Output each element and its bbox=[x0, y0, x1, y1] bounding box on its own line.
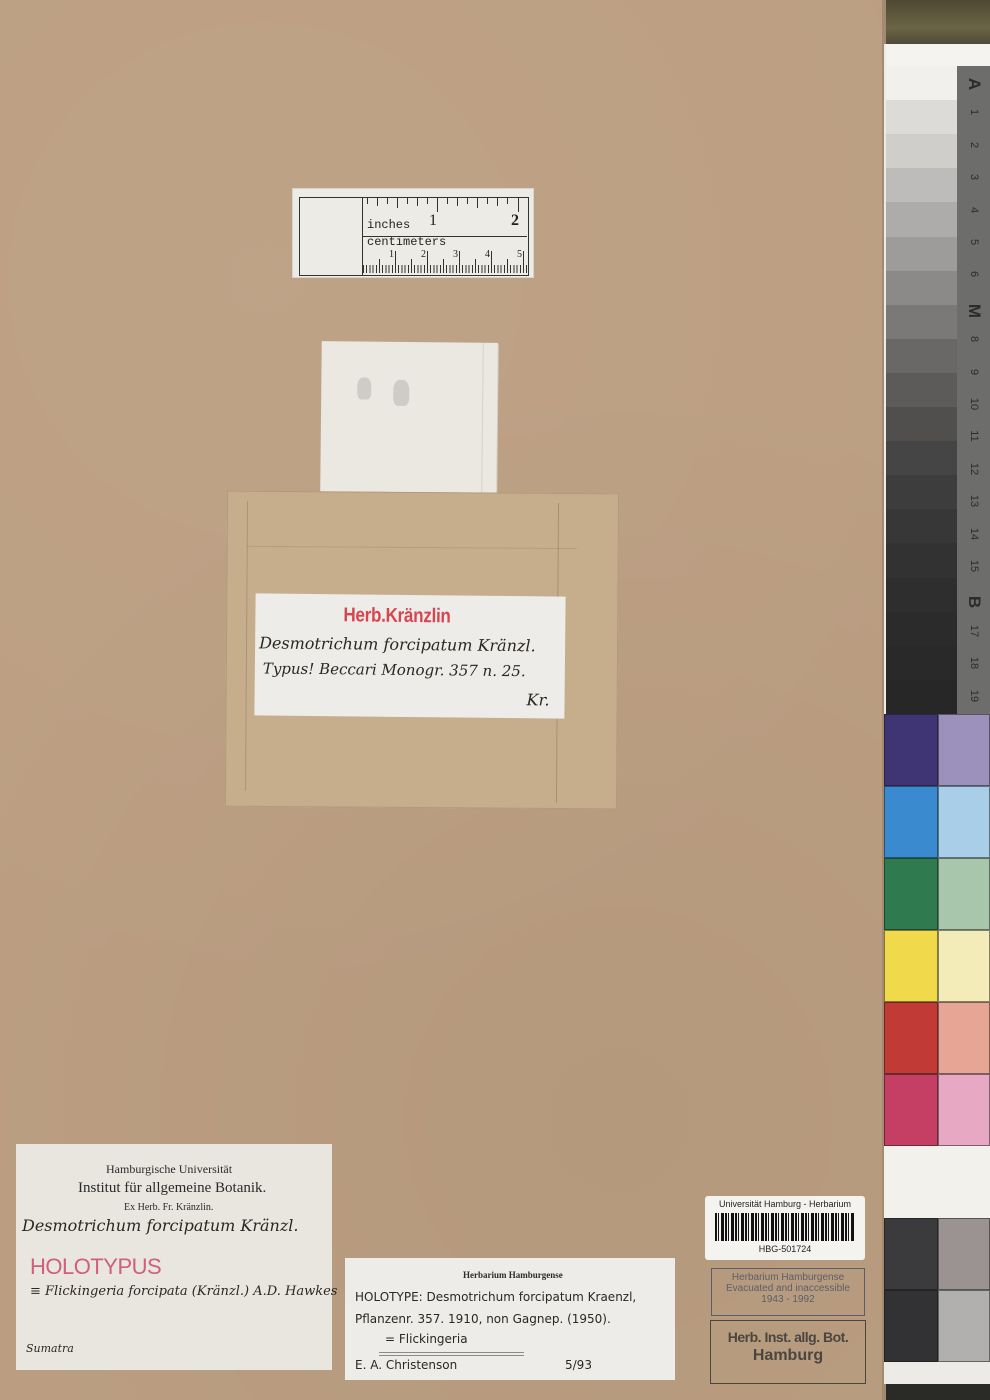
gray-patch bbox=[886, 237, 958, 272]
scale-label: 10 bbox=[968, 395, 980, 413]
herb-kranzlin-stamp: Herb.Kränzlin bbox=[343, 604, 450, 628]
scale-label: 15 bbox=[968, 557, 980, 575]
color-patch bbox=[938, 1218, 990, 1290]
reference-handwriting: Typus! Beccari Monogr. 357 n. 25. bbox=[263, 659, 526, 680]
scale-label: 11 bbox=[968, 427, 980, 445]
stamp-line: Herb. Inst. allg. Bot. bbox=[711, 1329, 865, 1345]
specimen-fragment bbox=[357, 377, 371, 399]
color-patch bbox=[884, 1290, 938, 1362]
stamp-line: Herbarium Hamburgense bbox=[712, 1272, 864, 1283]
color-patch bbox=[884, 1146, 938, 1218]
scale-ruler: inches 1 2 centimeters 1 2 3 4 5 bbox=[293, 189, 533, 277]
gray-patch bbox=[886, 680, 958, 715]
gray-patch bbox=[886, 578, 958, 613]
specimen-packet bbox=[320, 341, 498, 493]
holotypus-stamp: HOLOTYPUS bbox=[30, 1254, 161, 1280]
scale-label: 6 bbox=[968, 265, 980, 283]
color-patch bbox=[938, 714, 990, 786]
scale-label: 19 bbox=[968, 687, 980, 705]
gray-patch bbox=[886, 475, 958, 510]
ex-herb-line: Ex Herb. Fr. Kränzlin. bbox=[124, 1202, 213, 1213]
stamp-line: Hamburg bbox=[711, 1347, 865, 1365]
scale-label: B bbox=[964, 593, 984, 611]
ruler-inches: inches 1 2 bbox=[363, 198, 527, 237]
scale-label: 12 bbox=[968, 460, 980, 478]
gray-patch bbox=[886, 612, 958, 647]
gray-patch bbox=[886, 543, 958, 578]
gray-patch bbox=[886, 373, 958, 408]
scale-label: M bbox=[964, 302, 984, 320]
holotype-line: HOLOTYPE: Desmotrichum forcipatum Kraenz… bbox=[355, 1290, 636, 1304]
scale-label: A bbox=[964, 75, 984, 93]
locality-handwriting: Sumatra bbox=[26, 1342, 74, 1355]
color-patch bbox=[938, 1002, 990, 1074]
color-checker: A123456M89101112131415B171819 bbox=[884, 44, 990, 1384]
university-name: Hamburgische Universität bbox=[106, 1162, 232, 1177]
scale-label: 1 bbox=[968, 103, 980, 121]
determination-date: 5/93 bbox=[565, 1358, 592, 1372]
stamp-line: 1943 - 1992 bbox=[712, 1294, 864, 1305]
scale-label: 17 bbox=[968, 622, 980, 640]
gray-patch bbox=[886, 168, 958, 203]
inch-number: 1 bbox=[429, 212, 437, 230]
color-patch bbox=[938, 1074, 990, 1146]
gray-patch bbox=[886, 646, 958, 681]
cm-number: 3 bbox=[453, 249, 458, 260]
gray-patch bbox=[886, 271, 958, 306]
barcode-header: Universität Hamburg - Herbarium bbox=[705, 1199, 865, 1209]
gray-patch bbox=[886, 202, 958, 237]
cm-number: 1 bbox=[389, 249, 394, 260]
color-patch bbox=[938, 786, 990, 858]
color-patch bbox=[884, 1074, 938, 1146]
determiner-name: E. A. Christenson bbox=[355, 1358, 457, 1372]
gray-patch bbox=[886, 66, 958, 101]
color-patch bbox=[938, 1290, 990, 1362]
original-label: Herb.Kränzlin Desmotrichum forcipatum Kr… bbox=[254, 593, 565, 718]
color-patch bbox=[884, 858, 938, 930]
gray-patch bbox=[886, 339, 958, 374]
scale-label: 14 bbox=[968, 525, 980, 543]
reference-line: Pflanzenr. 357. 1910, non Gagnep. (1950)… bbox=[355, 1312, 611, 1326]
scale-label: 8 bbox=[968, 330, 980, 348]
scale-label: 9 bbox=[968, 363, 980, 381]
color-patch bbox=[884, 930, 938, 1002]
barcode bbox=[715, 1213, 855, 1241]
label-header: Herbarium Hamburgense bbox=[463, 1270, 563, 1280]
inch-number: 2 bbox=[511, 212, 519, 230]
barcode-label: Universität Hamburg - Herbarium HBG-5017… bbox=[705, 1196, 865, 1260]
color-patch bbox=[938, 1146, 990, 1218]
ruler-blank-area bbox=[300, 198, 363, 275]
color-patch bbox=[938, 930, 990, 1002]
institute-name: Institut für allgemeine Botanik. bbox=[78, 1180, 266, 1197]
cm-number: 4 bbox=[485, 249, 490, 260]
gray-patch bbox=[886, 407, 958, 442]
cm-number: 2 bbox=[421, 249, 426, 260]
evacuation-stamp: Herbarium Hamburgense Evacuated and inac… bbox=[711, 1268, 865, 1316]
barcode-number: HBG-501724 bbox=[705, 1244, 865, 1254]
taxon-handwriting: Desmotrichum forcipatum Kränzl. bbox=[259, 633, 536, 655]
institute-label: Hamburgische Universität Institut für al… bbox=[16, 1144, 332, 1370]
synonym-line: = Flickingeria bbox=[385, 1332, 468, 1346]
specimen-fragment bbox=[393, 380, 409, 406]
color-patch bbox=[884, 1218, 938, 1290]
ruler-centimeters: centimeters 1 2 3 4 5 bbox=[363, 237, 527, 275]
institute-stamp: Herb. Inst. allg. Bot. Hamburg bbox=[710, 1320, 866, 1384]
gray-patch bbox=[886, 441, 958, 476]
cm-number: 5 bbox=[517, 249, 522, 260]
scale-labels: A123456M89101112131415B171819 bbox=[957, 66, 990, 714]
determination-label: Herbarium Hamburgense HOLOTYPE: Desmotri… bbox=[345, 1258, 675, 1380]
initials-handwriting: Kr. bbox=[526, 690, 549, 709]
scale-label: 5 bbox=[968, 233, 980, 251]
color-patch bbox=[938, 858, 990, 930]
scale-label: 18 bbox=[968, 654, 980, 672]
color-patch bbox=[884, 714, 938, 786]
color-patch bbox=[884, 786, 938, 858]
gray-patch bbox=[886, 134, 958, 169]
gray-patch bbox=[886, 100, 958, 135]
scale-label: 4 bbox=[968, 201, 980, 219]
inches-label: inches bbox=[367, 218, 410, 232]
scale-label: 2 bbox=[968, 136, 980, 154]
centimeters-label: centimeters bbox=[367, 235, 446, 249]
scale-label: 13 bbox=[968, 492, 980, 510]
color-patch bbox=[884, 1002, 938, 1074]
stamp-line: Evacuated and inaccessible bbox=[712, 1283, 864, 1294]
gray-patch bbox=[886, 305, 958, 340]
synonym-handwriting: ≡ Flickingeria forcipata (Kränzl.) A.D. … bbox=[30, 1284, 337, 1299]
taxon-handwriting: Desmotrichum forcipatum Kränzl. bbox=[22, 1216, 298, 1235]
scale-label: 3 bbox=[968, 168, 980, 186]
gray-patch bbox=[886, 509, 958, 544]
